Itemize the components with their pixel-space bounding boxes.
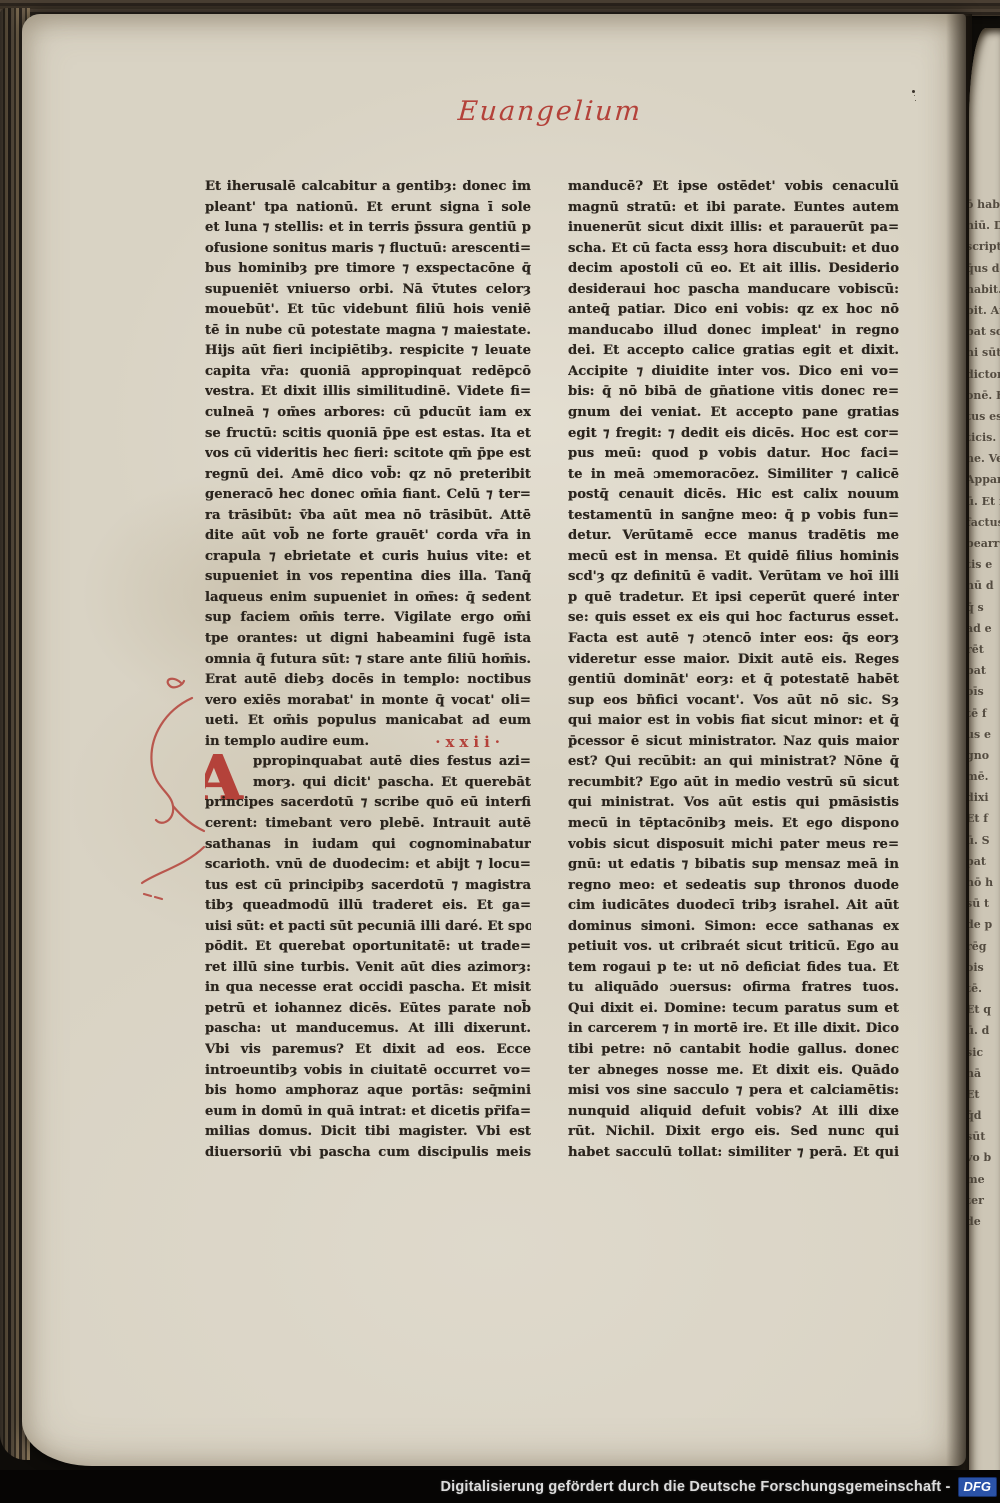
text-line: petrū et iohannez dicēs. Eūtes parate no… bbox=[205, 999, 531, 1020]
text-line: tē f bbox=[969, 703, 1000, 724]
text-line: Hijs aūt fieri incipiētibȝ. respicite ⁊ … bbox=[205, 341, 531, 362]
text-line: morȝ. qui dicit' pascha. Et querebāt bbox=[205, 773, 531, 794]
text-line: te in meā ɔmemoracōez. Similiter ⁊ calic… bbox=[568, 465, 899, 486]
text-line: tu aliquādo ɔuersus: ofirma fratres tuos… bbox=[568, 978, 899, 999]
text-line: vos cū videritis hec fieri: scitote qm̄ … bbox=[205, 444, 531, 465]
text-line: scha. Et cū facta essȝ hora discubuit: e… bbox=[568, 239, 899, 260]
text-line: se: quis esset ex eis qui hoc facturus e… bbox=[568, 608, 899, 629]
text-line: dictorii bbox=[969, 364, 1000, 385]
chapter-heading-line: in templo audire eum. ·xxii· bbox=[205, 732, 531, 753]
line-text: in templo audire eum. bbox=[205, 732, 369, 753]
text-block: manducē? Et ipse ostēdet' vobis cenaculū… bbox=[568, 177, 899, 1163]
text-line: ofusione sonitus maris ⁊ fluctuū: aresce… bbox=[205, 239, 531, 260]
text-line: introeuntibȝ vobis in ciuitatē occurret … bbox=[205, 1061, 531, 1082]
text-line: ni sūt aū bbox=[969, 342, 1000, 363]
text-line: tibi petre: nō cantabit hodie gallus. do… bbox=[568, 1040, 899, 1061]
text-line: generacō hec donec om̄ia fiant. Celū ⁊ t… bbox=[205, 485, 531, 506]
text-line: de p bbox=[969, 914, 1000, 935]
text-line: se fructū: scitis quoniā p̄pe est estas.… bbox=[205, 424, 531, 445]
text-line: pus meū: quod p vobis datur. Hoc faci= bbox=[568, 444, 899, 465]
text-line: supueniēt vniuerso orbi. Nā v̄tutes celo… bbox=[205, 280, 531, 301]
text-line: dominus simoni. Simon: ecce sathanas ex bbox=[568, 917, 899, 938]
text-line: ad e bbox=[969, 618, 1000, 639]
text-line: postq̄ cenauit dicēs. Hic est calix nouu… bbox=[568, 485, 899, 506]
text-line: q̄ s bbox=[969, 597, 1000, 618]
text-line: ne. Veru bbox=[969, 448, 1000, 469]
text-line: recumbit? Ego aūt in medio vestrū sū sic… bbox=[568, 773, 899, 794]
text-line: us e bbox=[969, 724, 1000, 745]
text-line: supueniet in vos repentina dies illa. Ta… bbox=[205, 567, 531, 588]
ink-specks bbox=[912, 90, 915, 93]
text-line: scarioth. vnū de duodecim: et abijt ⁊ lo… bbox=[205, 855, 531, 876]
text-line: crapula ⁊ ebrietate et curis huius vite:… bbox=[205, 547, 531, 568]
text-line: qui maior est in vobis fiat sicut minor:… bbox=[568, 711, 899, 732]
text-line: regnū dei. Amē dico vob̄: qz nō preterib… bbox=[205, 465, 531, 486]
text-line: ticis. Pa bbox=[969, 427, 1000, 448]
text-line: laqueus enim supueniet in om̄es: q̄ sede… bbox=[205, 588, 531, 609]
text-line: tis e bbox=[969, 554, 1000, 575]
text-line: est? Qui recūbit: an qui ministrat? Nōne… bbox=[568, 752, 899, 773]
text-line: rēt bbox=[969, 639, 1000, 660]
text-line: uisi sūt: et pacti sūt pecuniā illi daré… bbox=[205, 917, 531, 938]
text-line: in qua necesse erat occidi pascha. Et mi… bbox=[205, 978, 531, 999]
chapter-initial: A bbox=[205, 752, 249, 793]
text-line: ō habet: bbox=[969, 194, 1000, 215]
text-block: principes sacerdotū ⁊ scribe quō eū inte… bbox=[205, 793, 531, 1163]
text-line: culneā ⁊ om̄es arbores: cū pducūt iam ex bbox=[205, 403, 531, 424]
text-line: ū. d bbox=[969, 1020, 1000, 1041]
text-line: petiuit vos. ut cribraét sicut triticū. … bbox=[568, 937, 899, 958]
text-line: inuenerūt sicut dixit illis: et parauerū… bbox=[568, 218, 899, 239]
text-line: p̄cessor ē sicut ministrator. Naz quis m… bbox=[568, 732, 899, 753]
text-line: habit. A bbox=[969, 279, 1000, 300]
text-column-right: manducē? Et ipse ostēdet' vobis cenaculū… bbox=[568, 177, 899, 1163]
text-line: Apparaui bbox=[969, 469, 1000, 490]
text-line: bat bbox=[969, 660, 1000, 681]
digitization-banner: Digitalisierung gefördert durch die Deut… bbox=[0, 1470, 1000, 1503]
text-line: ueti. Et om̄is populus manicabat ad eum bbox=[205, 711, 531, 732]
text-line: nō h bbox=[969, 872, 1000, 893]
text-line: bus hominibȝ pre timore ⁊ exspectacōne q… bbox=[205, 259, 531, 280]
text-line: tem rogaui p te: ut nō deficiat fides tu… bbox=[568, 958, 899, 979]
book-scan: Euangelium Et iherusalē calcabitur a gen… bbox=[0, 0, 1000, 1503]
text-line: pōdit. Et querebat oportunitatē: ut trad… bbox=[205, 937, 531, 958]
text-line: gnū: ut edatis ⁊ bibatis sup mensaz meā … bbox=[568, 855, 899, 876]
text-line: egit ⁊ fregit: ⁊ dedit eis dicēs. Hoc es… bbox=[568, 424, 899, 445]
text-line: dixi bbox=[969, 787, 1000, 808]
text-line: Accipite ⁊ diuidite inter vos. Dico eni … bbox=[568, 362, 899, 383]
text-line: nū d bbox=[969, 575, 1000, 596]
text-line: desideraui hoc pascha manducare vobiscū: bbox=[568, 280, 899, 301]
text-line: dite aūt vob̄ ne forte grauēt' corda vr̄… bbox=[205, 526, 531, 547]
text-line: gnum dei veniat. Et accepto pane gratias bbox=[568, 403, 899, 424]
text-line: vestra. Et dixit illis similitudinē. Vid… bbox=[205, 382, 531, 403]
text-line: tus est cū principibȝ sacerdotū ⁊ magist… bbox=[205, 876, 531, 897]
text-line: Et f bbox=[969, 808, 1000, 829]
text-line: ois bbox=[969, 957, 1000, 978]
text-line: oīs bbox=[969, 681, 1000, 702]
text-line: Vbi vis paremus? Et dixit ad eos. Ecce bbox=[205, 1040, 531, 1061]
text-block: ppropinquabat autē dies festus azi=morȝ.… bbox=[205, 752, 531, 793]
text-line: mecū in tēptacōnibȝ meis. Et ego dispono bbox=[568, 814, 899, 835]
text-line: mecū est in mensa. Et quidē filius homin… bbox=[568, 547, 899, 568]
text-line: et luna ⁊ stellis: et in terris p̄ssura … bbox=[205, 218, 531, 239]
text-line: cerent: timebant vero plebē. Intrauit au… bbox=[205, 814, 531, 835]
text-line: ter bbox=[969, 1190, 1000, 1211]
running-title: Euangelium bbox=[429, 96, 671, 127]
text-line: q̄us depr bbox=[969, 258, 1000, 279]
text-line: videretur esse maior. Dixit autē eis. Re… bbox=[568, 650, 899, 671]
text-line: ū. Et fact bbox=[969, 491, 1000, 512]
chapter-opening: A ppropinquabat autē dies festus azi=mor… bbox=[205, 752, 531, 1163]
text-line: sup faciem om̄is terre. Vigilate ergo om… bbox=[205, 608, 531, 629]
text-line: omnia q̄ futura sūt: ⁊ stare ante filiū … bbox=[205, 650, 531, 671]
text-line: mouebūt'. Et tūc videbunt filiū hois ven… bbox=[205, 300, 531, 321]
text-line: magnū stratū: et ibi parate. Euntes aute… bbox=[568, 198, 899, 219]
text-line: detur. Verūtamē ecce manus tradētis me bbox=[568, 526, 899, 547]
text-line: in carcerem ⁊ in mortē ire. Et ille dixi… bbox=[568, 1019, 899, 1040]
text-line: ret illū sine turbis. Venit aūt dies azi… bbox=[205, 958, 531, 979]
text-line: ra trāsibūt: v̄ba aūt mea nō trāsibūt. A… bbox=[205, 506, 531, 527]
dfg-logo: DFG bbox=[958, 1477, 997, 1497]
text-line: niū. Dico bbox=[969, 215, 1000, 236]
text-line: bis homo amphoraz aque portās: seq̄mini bbox=[205, 1081, 531, 1102]
text-line: tibȝ queadmodū illū traderet eis. Et ga= bbox=[205, 896, 531, 917]
text-line: gno bbox=[969, 745, 1000, 766]
text-line: capita vr̄a: quoniā appropinquat redēpcō bbox=[205, 362, 531, 383]
text-line: sic bbox=[969, 1042, 1000, 1063]
text-line: dei. Et accepto calice gratias egit et d… bbox=[568, 341, 899, 362]
text-line: rūt. Nichil. Dixit ergo eis. Sed nunc qu… bbox=[568, 1122, 899, 1143]
clipped-text-fragments: ō habet:niū. Dicoscripti esq̄us deprhabi… bbox=[969, 28, 1000, 1232]
text-line: pleant' tpa nationū. Et erunt signa ī so… bbox=[205, 198, 531, 219]
text-line: cim iudicātes duodecī tribȝ israhel. Ait… bbox=[568, 896, 899, 917]
text-line: mē. bbox=[969, 766, 1000, 787]
text-line: me bbox=[969, 1169, 1000, 1190]
text-block: Et iherusalē calcabitur a gentibȝ: donec… bbox=[205, 177, 531, 732]
text-line: vo b bbox=[969, 1147, 1000, 1168]
text-line: habet sacculū tollat: similiter ⁊ perā. … bbox=[568, 1143, 899, 1164]
text-line: tē. bbox=[969, 978, 1000, 999]
text-line: gentiū domināt' eorȝ: et q̄ potestatē ha… bbox=[568, 670, 899, 691]
text-line: vero exiēs morabat' in monte q̄ vocat' o… bbox=[205, 691, 531, 712]
text-line: bearrēis bbox=[969, 533, 1000, 554]
text-line: milias domus. Dicit tibi magister. Vbi e… bbox=[205, 1122, 531, 1143]
text-line: pascha: ut manducemus. At illi dixerunt. bbox=[205, 1019, 531, 1040]
text-line: manducabo illud donec impleat' in regno bbox=[568, 321, 899, 342]
text-line: ppropinquabat autē dies festus azi= bbox=[205, 752, 531, 773]
text-line: anteq̄ patiar. Dico eni vobis: qz ex hoc… bbox=[568, 300, 899, 321]
text-column-left: Et iherusalē calcabitur a gentibȝ: donec… bbox=[205, 177, 531, 1163]
text-line: Facta est autē ⁊ ɔtencō inter eos: q̄s e… bbox=[568, 629, 899, 650]
text-line: p quē tradetur. Et ipsi ceperūt queré in… bbox=[568, 588, 899, 609]
text-line: Erat autē diebȝ docēs in templo: noctibu… bbox=[205, 670, 531, 691]
text-line: pat bbox=[969, 851, 1000, 872]
text-line: nā bbox=[969, 1063, 1000, 1084]
text-line: ter abneges nosse me. Et dixit eis. Quād… bbox=[568, 1061, 899, 1082]
text-line: tus est la bbox=[969, 406, 1000, 427]
text-line: sū t bbox=[969, 893, 1000, 914]
text-line: q̄d bbox=[969, 1105, 1000, 1126]
text-line: rēg bbox=[969, 936, 1000, 957]
text-line: sup eos bn̄fici vocant'. Vos aūt nō sic.… bbox=[568, 691, 899, 712]
text-line: nunquid aliquid defuit vobis? At illi di… bbox=[568, 1102, 899, 1123]
text-line: de bbox=[969, 1211, 1000, 1232]
text-line: sathanas in iudam qui cognominabatur bbox=[205, 835, 531, 856]
text-line: testamentū in sanḡne meo: q̄ p vobis fun… bbox=[568, 506, 899, 527]
text-line: regno meo: et sedeatis sup thronos duode bbox=[568, 876, 899, 897]
text-line: ū. S bbox=[969, 830, 1000, 851]
text-line: decim apostoli cū eo. Et ait illis. Desi… bbox=[568, 259, 899, 280]
text-line: tē in nube cū potestate magna ⁊ maiestat… bbox=[205, 321, 531, 342]
text-line: tpe orantes: ut digni habeamini fugē ist… bbox=[205, 629, 531, 650]
text-line: sūt bbox=[969, 1126, 1000, 1147]
text-line: bat scd'm bbox=[969, 321, 1000, 342]
text-line: diuersoriū vbi pascha cum discipulis mei… bbox=[205, 1143, 531, 1164]
text-line: manducē? Et ipse ostēdet' vobis cenaculū bbox=[568, 177, 899, 198]
text-line: misi vos sine sacculo ⁊ pera et calciamē… bbox=[568, 1081, 899, 1102]
text-line: vobis sicut disposuit michi pater meus r… bbox=[568, 835, 899, 856]
text-line: Qui dixit ei. Domine: tecum paratus sum … bbox=[568, 999, 899, 1020]
banner-text: Digitalisierung gefördert durch die Deut… bbox=[440, 1479, 950, 1495]
text-line: scd'ȝ qz definitū ē vadit. Verūtam ve ho… bbox=[568, 567, 899, 588]
text-line: bit. At ill bbox=[969, 300, 1000, 321]
text-line: Et bbox=[969, 1084, 1000, 1105]
text-line: scripti es bbox=[969, 236, 1000, 257]
next-page-edge: ō habet:niū. Dicoscripti esq̄us deprhabi… bbox=[969, 28, 1000, 1484]
text-line: eum in domū in quā intrat: et dicetis pr… bbox=[205, 1102, 531, 1123]
text-line: onē. Et i bbox=[969, 385, 1000, 406]
text-line: Et iherusalē calcabitur a gentibȝ: donec… bbox=[205, 177, 531, 198]
text-line: principes sacerdotū ⁊ scribe quō eū inte… bbox=[205, 793, 531, 814]
text-line: bis: q̄ nō bibā de gn̄atione vitis donec… bbox=[568, 382, 899, 403]
text-line: qui ministrat. Vos aūt estis qui pmāsist… bbox=[568, 793, 899, 814]
chapter-number: ·xxii· bbox=[435, 732, 505, 753]
text-line: Et q bbox=[969, 999, 1000, 1020]
text-line: factus ē s bbox=[969, 512, 1000, 533]
